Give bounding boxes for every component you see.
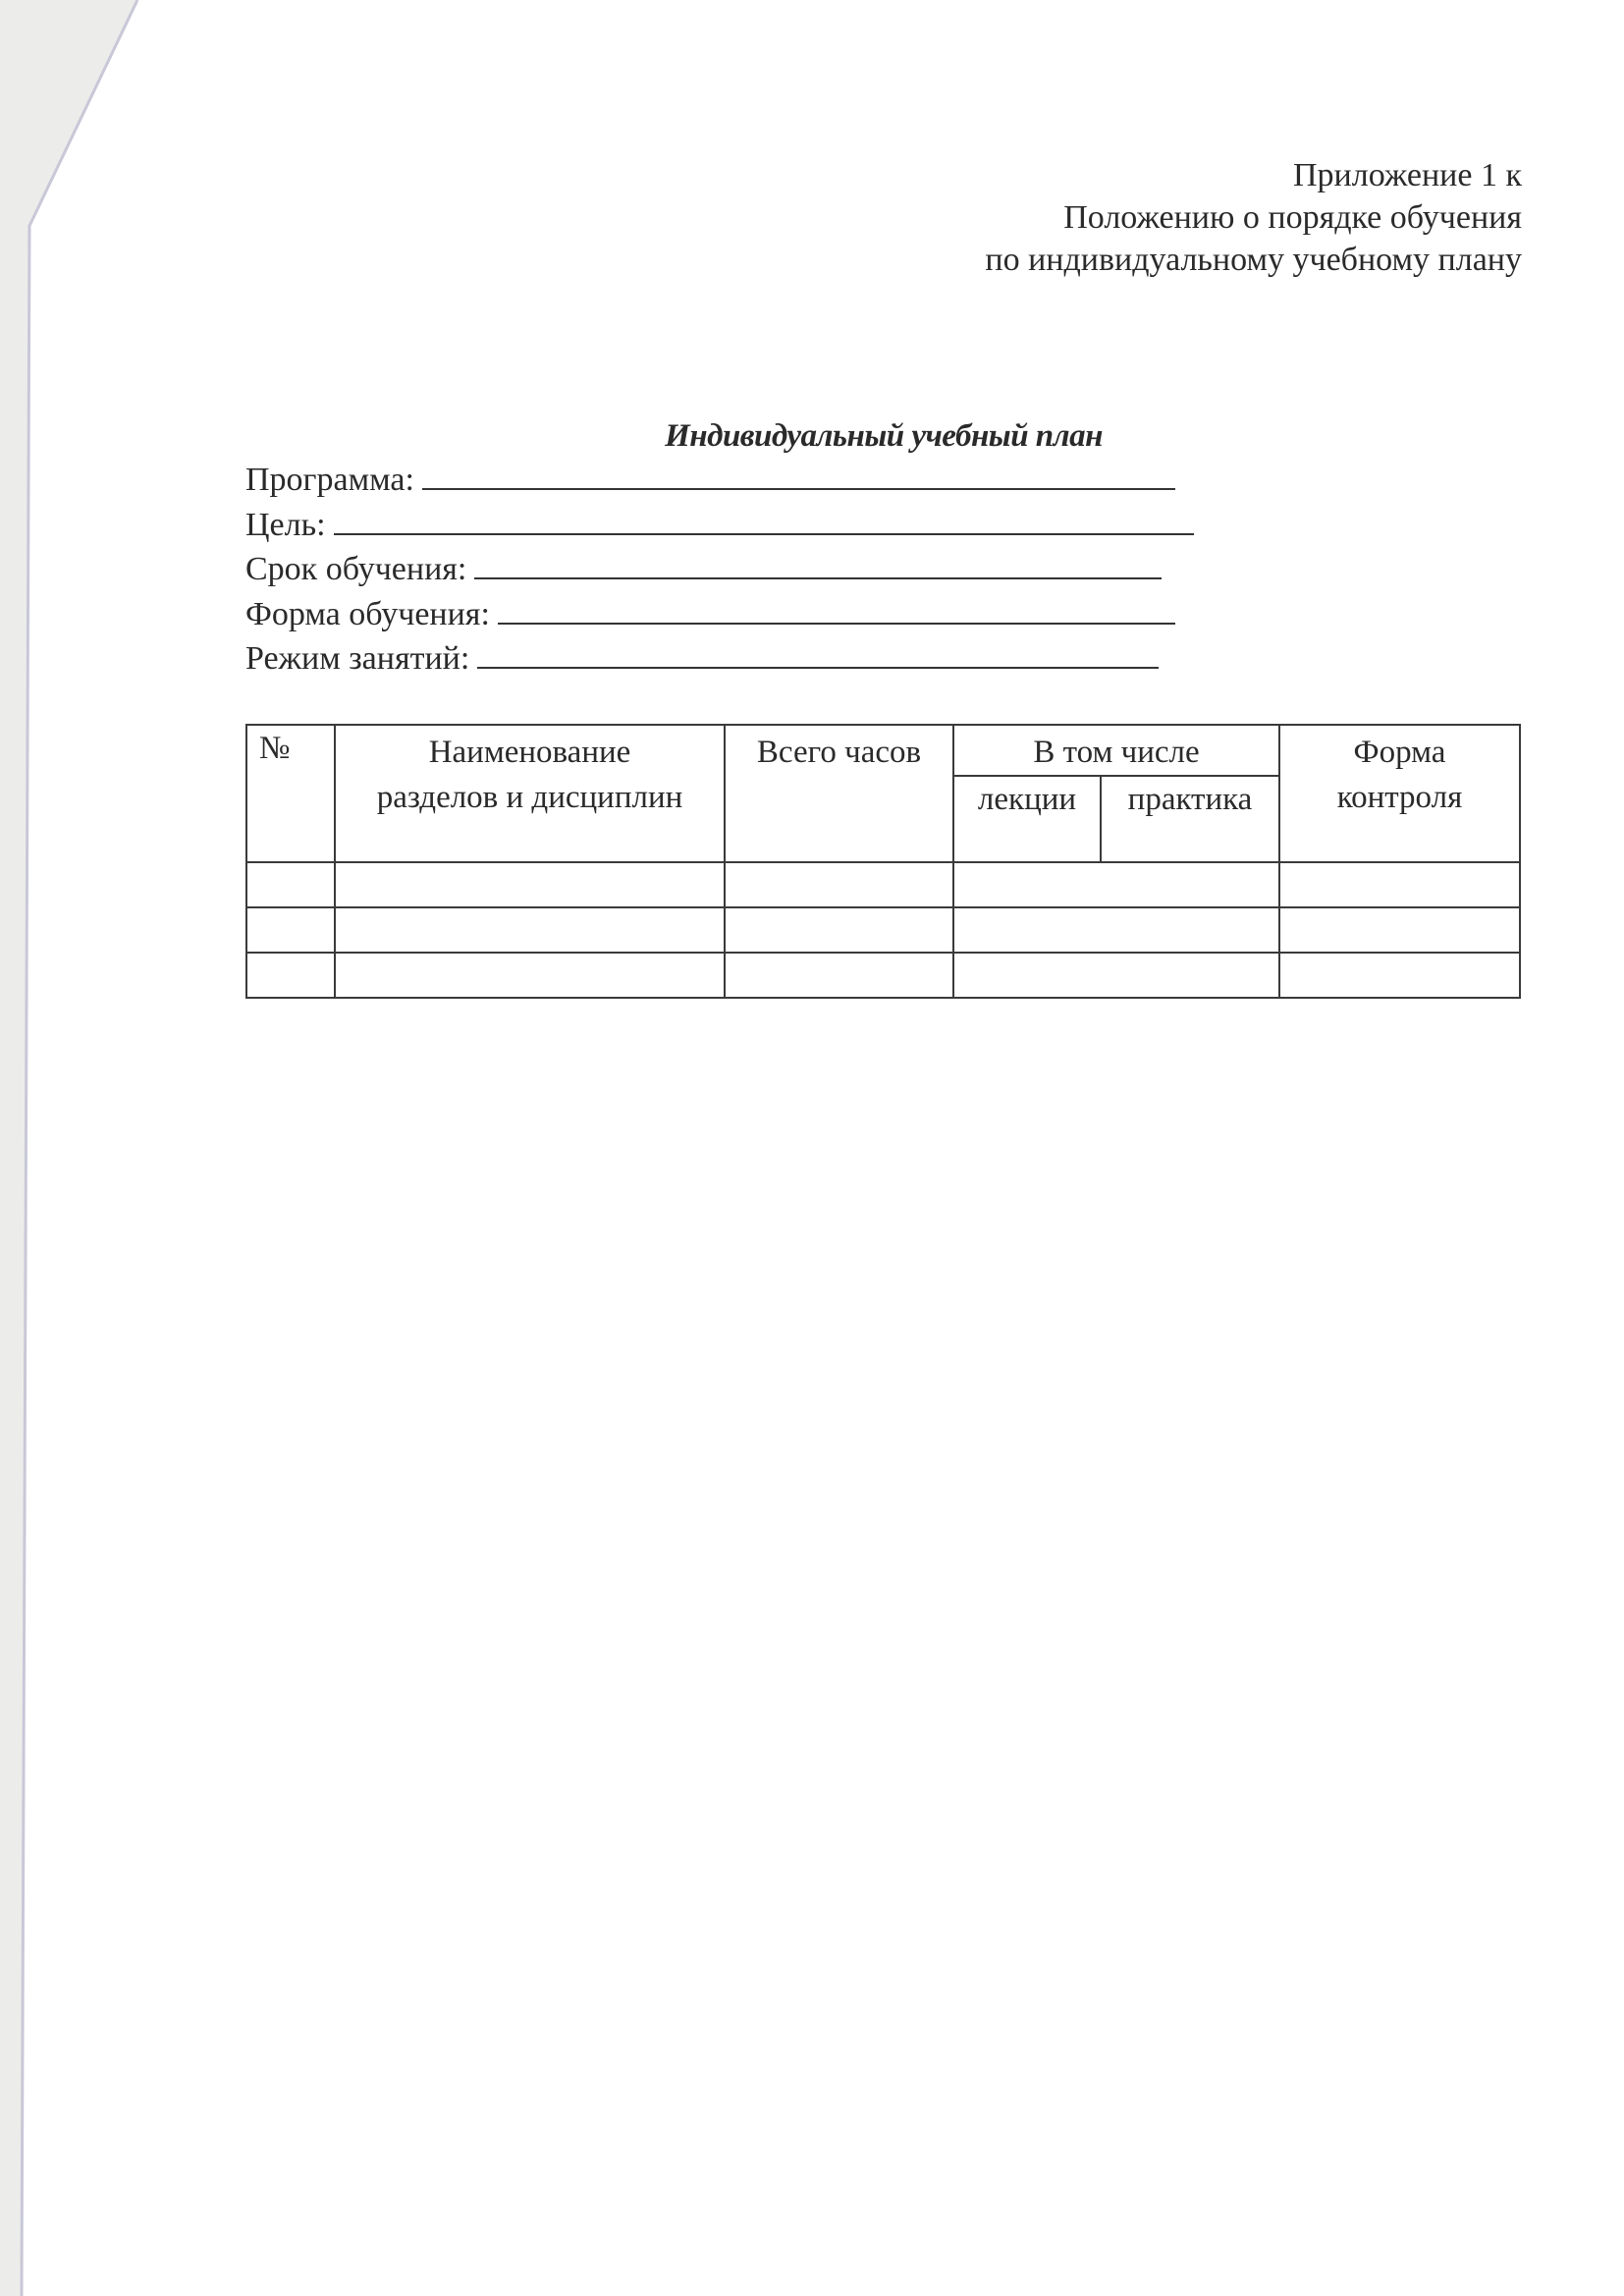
field-label: Программа: — [245, 458, 414, 503]
appendix-header: Приложение 1 к Положению о порядке обуче… — [985, 154, 1522, 281]
header-lectures: лекции — [953, 776, 1101, 862]
field-label: Режим занятий: — [245, 636, 469, 682]
study-form-input-line[interactable] — [498, 593, 1175, 625]
table-row — [246, 862, 1520, 907]
table-row — [246, 907, 1520, 953]
header-number: № — [246, 725, 335, 862]
field-duration: Срок обучения: — [245, 547, 1194, 592]
cell-control-form[interactable] — [1279, 907, 1520, 953]
cell-including[interactable] — [953, 907, 1279, 953]
field-label: Срок обучения: — [245, 547, 466, 592]
program-input-line[interactable] — [422, 459, 1175, 490]
cell-including[interactable] — [953, 862, 1279, 907]
header-control-form: Форма контроля — [1279, 725, 1520, 862]
cell-control-form[interactable] — [1279, 953, 1520, 998]
plan-fields: Программа: Цель: Срок обучения: Форма об… — [245, 458, 1194, 682]
duration-input-line[interactable] — [474, 548, 1162, 579]
header-total-hours: Всего часов — [725, 725, 953, 862]
cell-control-form[interactable] — [1279, 862, 1520, 907]
cell-including[interactable] — [953, 953, 1279, 998]
cell-section-name[interactable] — [335, 907, 725, 953]
field-label: Цель: — [245, 503, 326, 548]
scan-folded-corner — [0, 0, 1624, 2296]
cell-number[interactable] — [246, 953, 335, 998]
field-goal: Цель: — [245, 503, 1194, 548]
schedule-input-line[interactable] — [477, 637, 1159, 669]
cell-number[interactable] — [246, 862, 335, 907]
cell-section-name[interactable] — [335, 862, 725, 907]
field-study-form: Форма обучения: — [245, 592, 1194, 637]
document-title: Индивидуальный учебный план — [245, 418, 1522, 455]
field-label: Форма обучения: — [245, 592, 490, 637]
field-program: Программа: — [245, 458, 1194, 503]
cell-total-hours[interactable] — [725, 862, 953, 907]
cell-total-hours[interactable] — [725, 907, 953, 953]
table-row — [246, 953, 1520, 998]
cell-section-name[interactable] — [335, 953, 725, 998]
appendix-line: Приложение 1 к — [985, 154, 1522, 196]
cell-number[interactable] — [246, 907, 335, 953]
header-section-name: Наименование разделов и дисциплин — [335, 725, 725, 862]
cell-total-hours[interactable] — [725, 953, 953, 998]
header-including: В том числе — [953, 725, 1279, 776]
appendix-line: Положению о порядке обучения — [985, 196, 1522, 239]
header-practice: практика — [1101, 776, 1279, 862]
study-plan-table: № Наименование разделов и дисциплин Всег… — [245, 724, 1521, 999]
appendix-line: по индивидуальному учебному плану — [985, 239, 1522, 281]
goal-input-line[interactable] — [334, 504, 1194, 535]
field-schedule: Режим занятий: — [245, 636, 1194, 682]
